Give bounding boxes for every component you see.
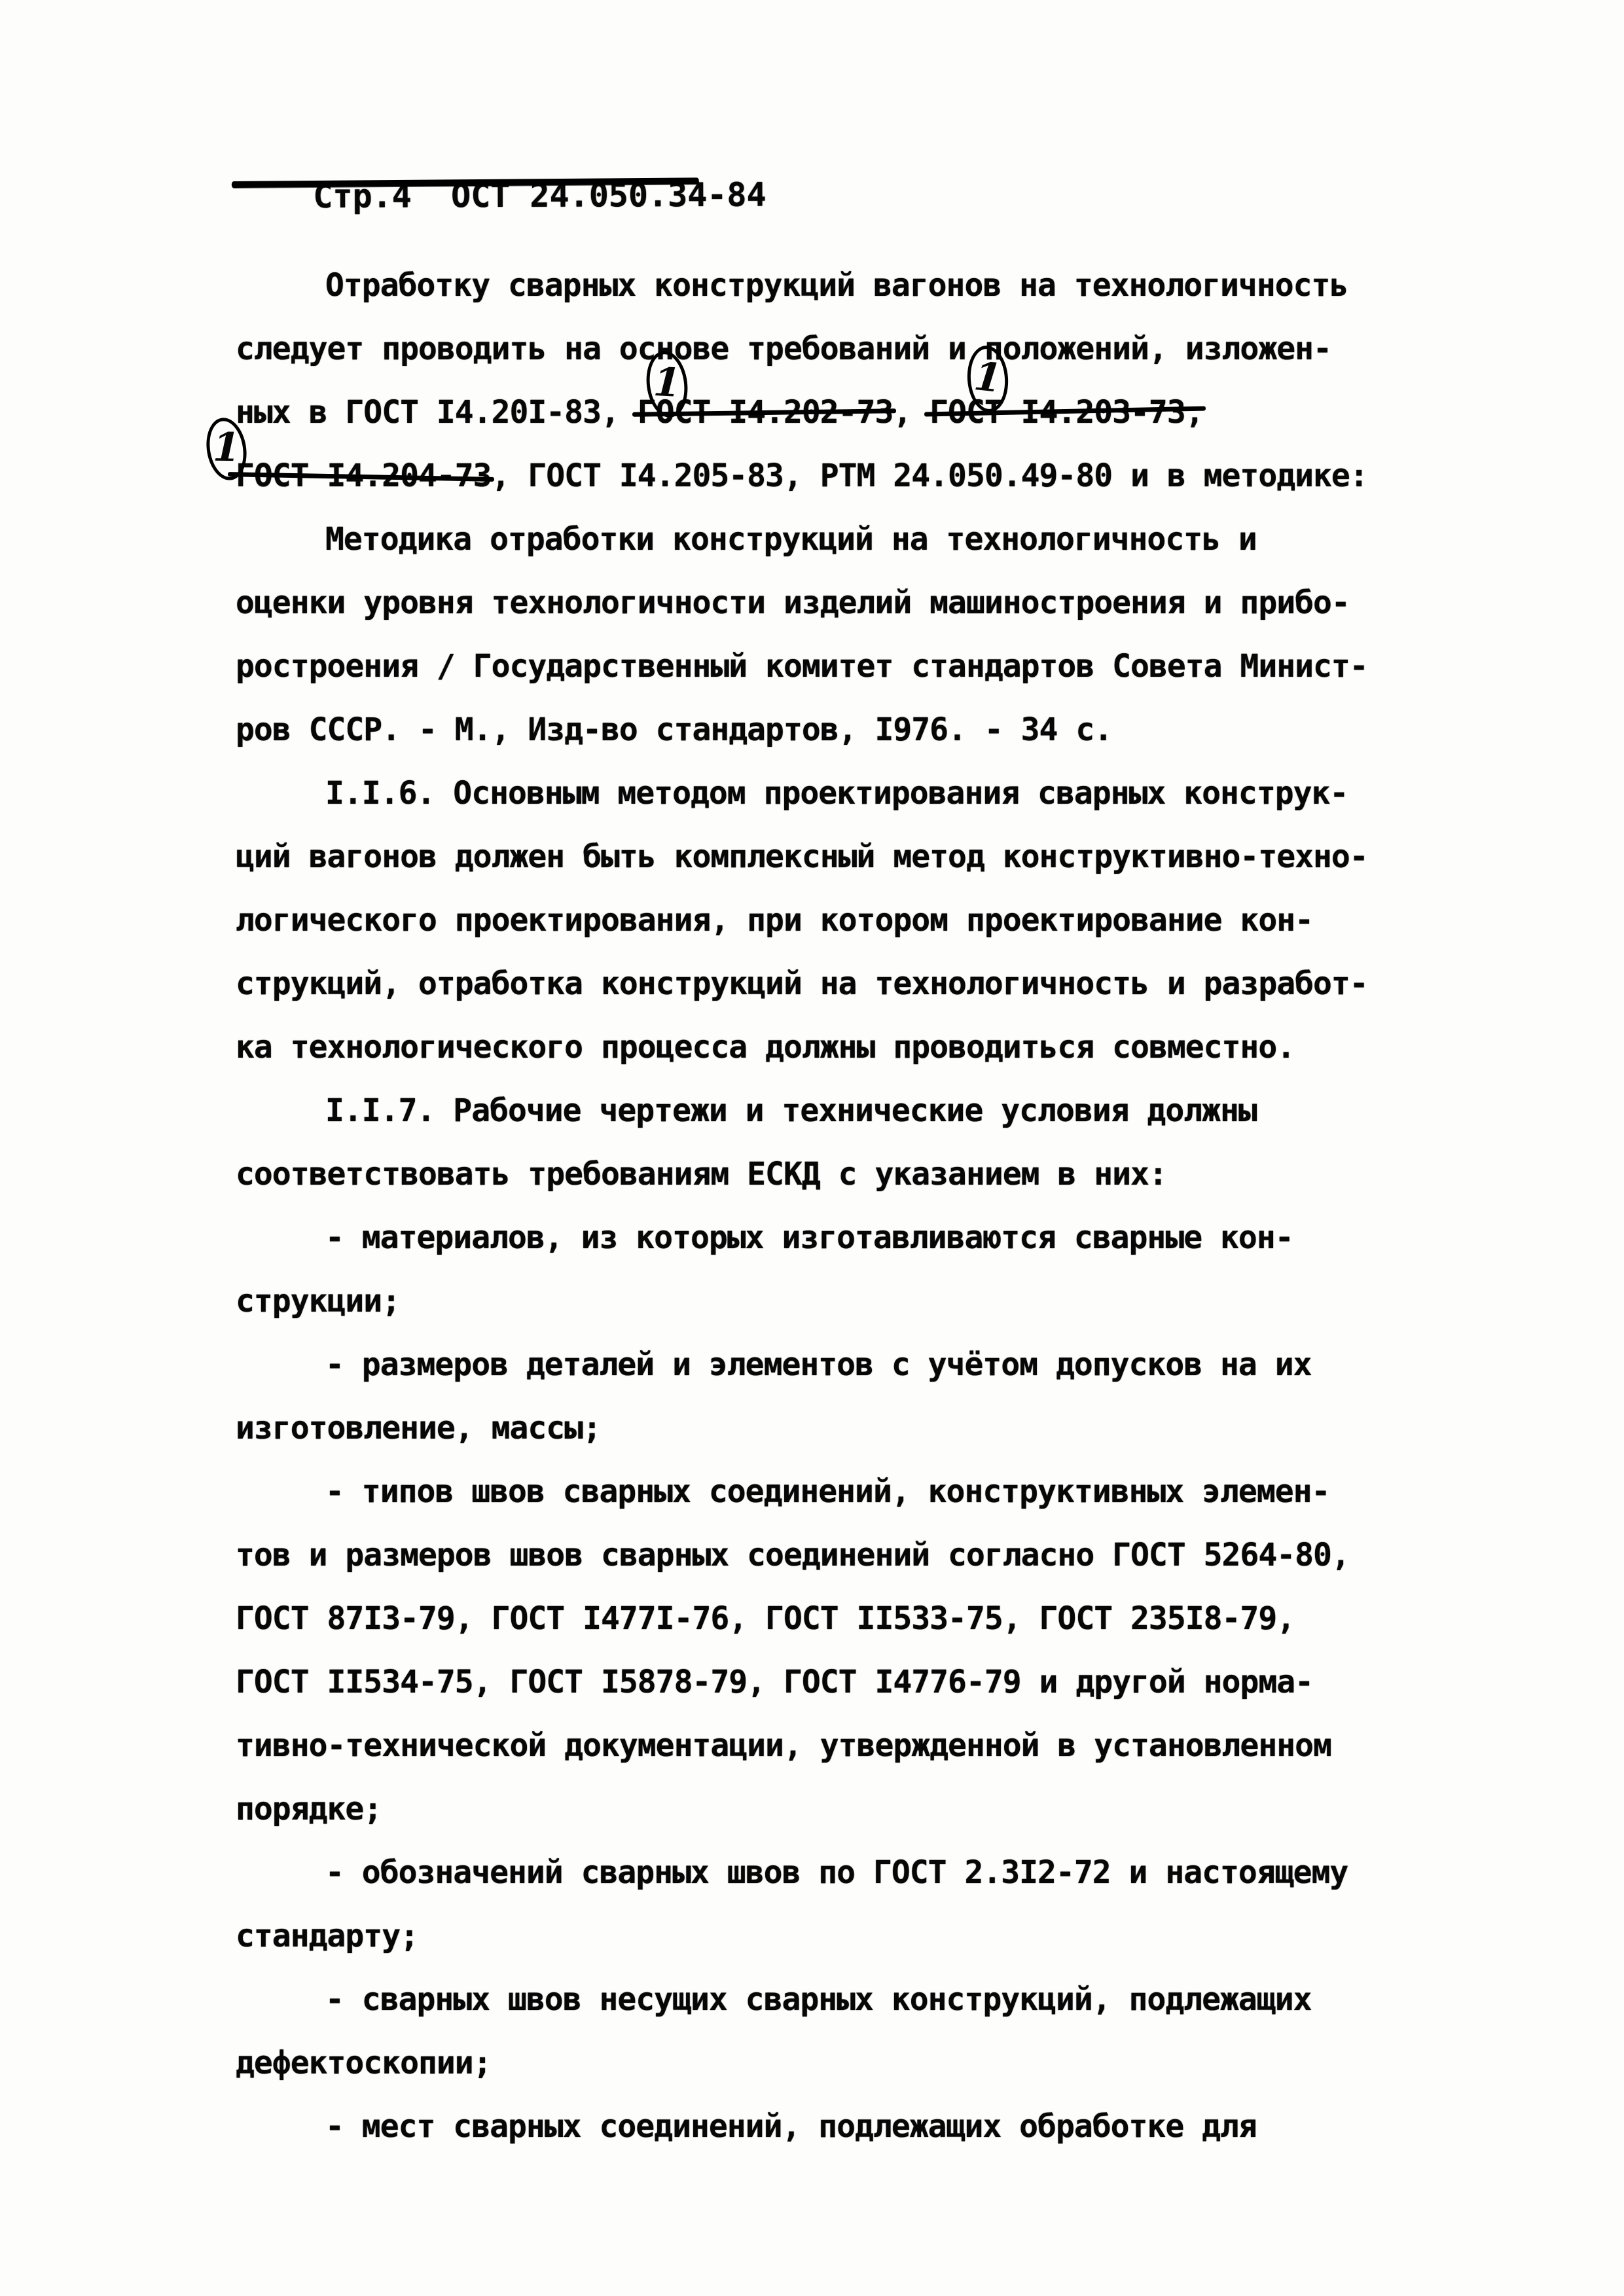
text-line: Отработку сварных конструкций вагонов на… xyxy=(236,254,1424,317)
text-line: - материалов, из которых изготавливаются… xyxy=(236,1206,1424,1270)
line-text: тов и размеров швов сварных соединений с… xyxy=(236,1537,1350,1573)
text-line: I.I.7. Рабочие чертежи и технические усл… xyxy=(236,1079,1424,1143)
text-line: ростроения / Государственный комитет ста… xyxy=(236,635,1424,698)
line-text: соответствовать требованиям ЕСКД с указа… xyxy=(236,1156,1167,1193)
revision-mark-digit: 1 xyxy=(972,357,1003,399)
text-line: ка технологического процесса должны пров… xyxy=(236,1016,1424,1079)
line-text: струкции; xyxy=(236,1283,400,1319)
text-line: струкций, отработка конструкций на техно… xyxy=(236,952,1424,1016)
text-line: тивно-технической документации, утвержде… xyxy=(236,1714,1424,1778)
line-text: струкций, отработка конструкций на техно… xyxy=(236,965,1368,1002)
text-line: - мест сварных соединений, подлежащих об… xyxy=(236,2095,1424,2159)
line-text: ГОСТ 87I3-79, ГОСТ I477I-76, ГОСТ II533-… xyxy=(236,1600,1295,1637)
document-body: Отработку сварных конструкций вагонов на… xyxy=(236,254,1424,2159)
line-text: I.I.6. Основным методом проектирования с… xyxy=(325,775,1348,812)
line-text: ГОСТ II534-75, ГОСТ I5878-79, ГОСТ I4776… xyxy=(236,1664,1313,1700)
line-text: - обозначений сварных швов по ГОСТ 2.3I2… xyxy=(325,1854,1348,1891)
text-line: I.I.6. Основным методом проектирования с… xyxy=(236,762,1424,825)
line-text: ных в ГОСТ I4.20I-83, xyxy=(236,394,638,431)
text-line: логического проектирования, при котором … xyxy=(236,889,1424,952)
line-text: - размеров деталей и элементов с учётом … xyxy=(325,1346,1312,1383)
line-text: Отработку сварных конструкций вагонов на… xyxy=(325,267,1348,304)
line-text: стандарту; xyxy=(236,1918,418,1954)
text-line: оценки уровня технологичности изделий ма… xyxy=(236,571,1424,635)
revision-mark-digit: 1 xyxy=(653,363,682,403)
text-line: ров СССР. - М., Изд-во стандартов, I976.… xyxy=(236,698,1424,762)
line-text: ка технологического процесса должны пров… xyxy=(236,1029,1295,1066)
text-line: ГОСТ 87I3-79, ГОСТ I477I-76, ГОСТ II533-… xyxy=(236,1587,1424,1651)
line-text: , ГОСТ I4.205-83, РТМ 24.050.49-80 и в м… xyxy=(492,457,1368,494)
text-line: струкции; xyxy=(236,1270,1424,1333)
text-line: ных в ГОСТ I4.20I-83, ГОСТ I4.202-73, ГО… xyxy=(236,381,1424,444)
text-line: ций вагонов должен быть комплексный мето… xyxy=(236,825,1424,889)
text-line: ГОСТ I4.204-73, ГОСТ I4.205-83, РТМ 24.0… xyxy=(236,444,1424,508)
text-line: следует проводить на основе требований и… xyxy=(236,317,1424,381)
struck-standard-ref: ГОСТ I4.204-73 xyxy=(236,444,492,508)
text-line: соответствовать требованиям ЕСКД с указа… xyxy=(236,1143,1424,1206)
text-line: порядке; xyxy=(236,1778,1424,1841)
line-text: Методика отработки конструкций на технол… xyxy=(325,521,1257,558)
line-text: следует проводить на основе требований и… xyxy=(236,331,1331,367)
line-text: I.I.7. Рабочие чертежи и технические усл… xyxy=(325,1092,1257,1129)
line-text: - материалов, из которых изготавливаются… xyxy=(325,1219,1293,1256)
line-text: дефектоскопии; xyxy=(236,2045,492,2081)
text-line: тов и размеров швов сварных соединений с… xyxy=(236,1524,1424,1587)
line-text: порядке; xyxy=(236,1791,382,1827)
revision-mark-digit: 1 xyxy=(213,428,241,468)
text-line: - обозначений сварных швов по ГОСТ 2.3I2… xyxy=(236,1841,1424,1905)
text-line: - сварных швов несущих сварных конструкц… xyxy=(236,1968,1424,2032)
text-line: изготовление, массы; xyxy=(236,1397,1424,1460)
line-text: - типов швов сварных соединений, констру… xyxy=(325,1473,1329,1510)
text-line: - типов швов сварных соединений, констру… xyxy=(236,1460,1424,1524)
line-text: оценки уровня технологичности изделий ма… xyxy=(236,584,1350,621)
line-text: ров СССР. - М., Изд-во стандартов, I976.… xyxy=(236,711,1112,748)
line-text: изготовление, массы; xyxy=(236,1410,601,1446)
line-text: тивно-технической документации, утвержде… xyxy=(236,1727,1331,1764)
line-text: - сварных швов несущих сварных конструкц… xyxy=(325,1981,1312,2018)
text-line: стандарту; xyxy=(236,1905,1424,1968)
line-text: - мест сварных соединений, подлежащих об… xyxy=(325,2108,1257,2145)
text-line: - размеров деталей и элементов с учётом … xyxy=(236,1333,1424,1397)
scanned-document-page: Стр.4 ОСТ 24.050.34-84 Отработку сварных… xyxy=(0,0,1624,2296)
line-text: ростроения / Государственный комитет ста… xyxy=(236,648,1368,685)
line-text: ций вагонов должен быть комплексный мето… xyxy=(236,838,1368,875)
text-line: Методика отработки конструкций на технол… xyxy=(236,508,1424,571)
text-line: ГОСТ II534-75, ГОСТ I5878-79, ГОСТ I4776… xyxy=(236,1651,1424,1714)
text-line: дефектоскопии; xyxy=(236,2032,1424,2095)
line-text: логического проектирования, при котором … xyxy=(236,902,1313,939)
